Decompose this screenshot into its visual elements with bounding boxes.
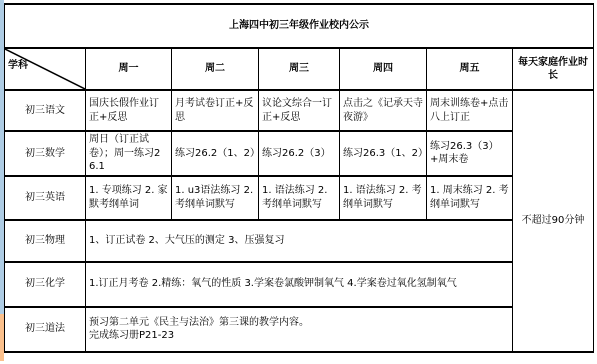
table-row-math: 初三数学 周日（订正试卷）；周一练习26.1 练习26.2（1、2） 练习26.… <box>5 131 594 176</box>
homework-cell: 1. u3语法练习 2. 考纲单词默写 <box>172 176 259 220</box>
homework-cell: 周末训练卷+点击八上订正 <box>427 90 513 131</box>
header-row: 学科 周一 周二 周三 周四 周五 每天家庭作业时长 <box>5 48 594 90</box>
homework-table: 上海四中初三年级作业校内公示 学科 周一 周二 周三 周四 周五 每天家庭作业时… <box>4 3 594 353</box>
homework-cell: 练习26.3（3）+周末卷 <box>427 131 513 176</box>
subject-cell: 初三物理 <box>5 220 86 262</box>
homework-cell: 点击之《记承天寺夜游》 <box>340 90 427 131</box>
homework-cell: 1. 语法练习 2. 考纲单词默写 <box>259 176 340 220</box>
header-cell-tuesday: 周二 <box>172 48 259 90</box>
homework-cell: 1. 专项练习 2. 家默考纲单词 <box>86 176 172 220</box>
homework-cell: 1. 周末练习 2. 考纲单词默写 <box>427 176 513 220</box>
page-title: 上海四中初三年级作业校内公示 <box>5 4 594 48</box>
header-cell-monday: 周一 <box>86 48 172 90</box>
homework-cell: 国庆长假作业订正+反思 <box>86 90 172 131</box>
table-row-physics: 初三物理 1、订正试卷 2、大气压的测定 3、压强复习 <box>5 220 594 262</box>
subject-cell: 初三英语 <box>5 176 86 220</box>
subject-cell: 初三语文 <box>5 90 86 131</box>
header-cell-duration: 每天家庭作业时长 <box>513 48 594 90</box>
homework-cell-merged: 预习第二单元《民主与法治》第三课的教学内容。 完成练习册P21-23 <box>86 307 513 352</box>
corner-label: 学科 <box>8 59 28 73</box>
homework-notice-sheet: 上海四中初三年级作业校内公示 学科 周一 周二 周三 周四 周五 每天家庭作业时… <box>0 0 597 364</box>
table-row-english: 初三英语 1. 专项练习 2. 家默考纲单词 1. u3语法练习 2. 考纲单词… <box>5 176 594 220</box>
homework-cell: 练习26.2（1、2） <box>172 131 259 176</box>
homework-cell-merged: 1.订正月考卷 2.精练：氧气的性质 3.学案卷氯酸钾制氧气 4.学案卷过氧化氢… <box>86 262 513 307</box>
homework-cell: 练习26.2（3） <box>259 131 340 176</box>
header-cell-subject: 学科 <box>5 48 86 90</box>
homework-cell: 周日（订正试卷）；周一练习26.1 <box>86 131 172 176</box>
header-cell-thursday: 周四 <box>340 48 427 90</box>
table-row-chemistry: 初三化学 1.订正月考卷 2.精练：氧气的性质 3.学案卷氯酸钾制氧气 4.学案… <box>5 262 594 307</box>
homework-cell: 练习26.3（1、2） <box>340 131 427 176</box>
homework-cell: 1. 语法练习 2. 考纲单词默写 <box>340 176 427 220</box>
homework-cell-merged: 1、订正试卷 2、大气压的测定 3、压强复习 <box>86 220 513 262</box>
homework-cell: 议论文综合一订正+反思 <box>259 90 340 131</box>
header-cell-friday: 周五 <box>427 48 513 90</box>
table-row-morality-law: 初三道法 预习第二单元《民主与法治》第三课的教学内容。 完成练习册P21-23 <box>5 307 594 352</box>
header-cell-wednesday: 周三 <box>259 48 340 90</box>
duration-cell: 不超过90分钟 <box>513 90 594 352</box>
subject-cell: 初三道法 <box>5 307 86 352</box>
table-row-chinese: 初三语文 国庆长假作业订正+反思 月考试卷订正+反思 议论文综合一订正+反思 点… <box>5 90 594 131</box>
homework-cell: 月考试卷订正+反思 <box>172 90 259 131</box>
subject-cell: 初三数学 <box>5 131 86 176</box>
subject-cell: 初三化学 <box>5 262 86 307</box>
title-row: 上海四中初三年级作业校内公示 <box>5 4 594 48</box>
